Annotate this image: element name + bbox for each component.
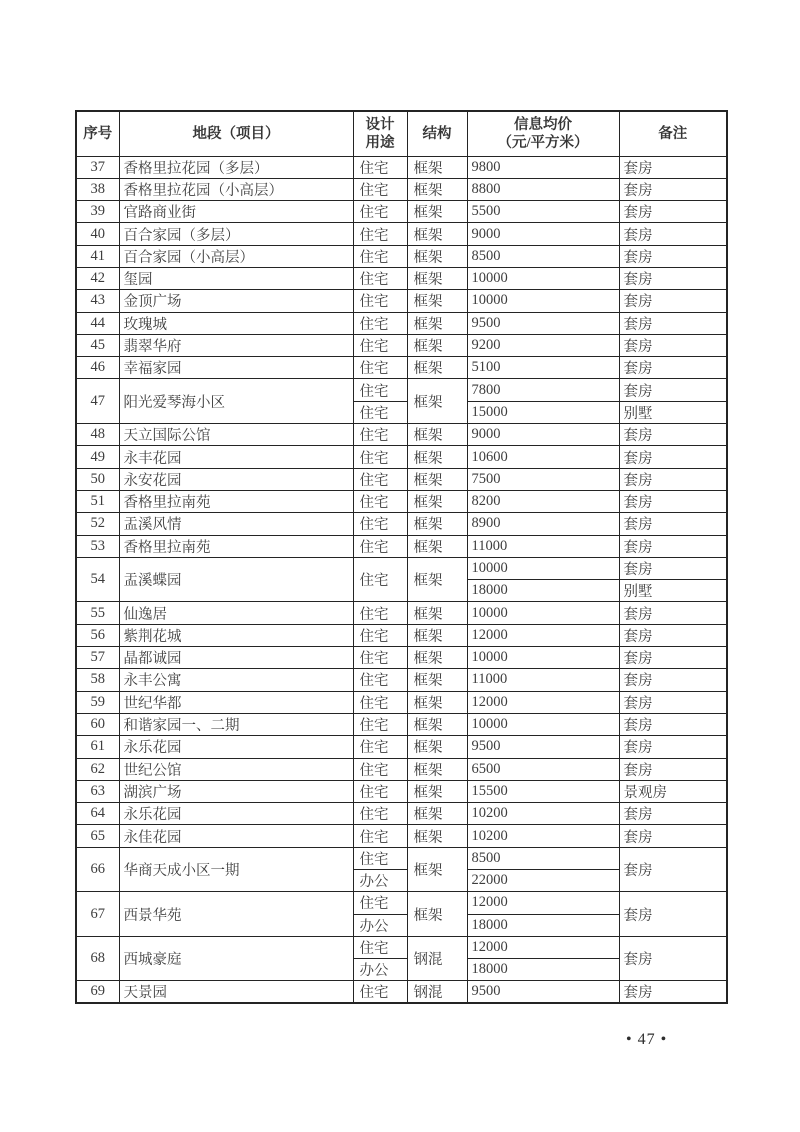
table-row: 39官路商业街住宅框架5500套房: [76, 201, 727, 223]
cell-structure: 框架: [407, 535, 467, 557]
cell-price: 18000: [467, 914, 619, 936]
cell-usage: 住宅: [353, 736, 407, 758]
cell-structure: 框架: [407, 780, 467, 802]
table-row: 58永丰公寓住宅框架11000套房: [76, 669, 727, 691]
cell-note: 套房: [619, 736, 727, 758]
header-no: 序号: [76, 111, 119, 156]
cell-no: 48: [76, 424, 119, 446]
cell-structure: 框架: [407, 647, 467, 669]
cell-price: 10000: [467, 647, 619, 669]
cell-structure: 框架: [407, 468, 467, 490]
cell-price: 9800: [467, 156, 619, 178]
cell-usage: 住宅: [353, 691, 407, 713]
table-row: 55仙逸居住宅框架10000套房: [76, 602, 727, 624]
cell-no: 60: [76, 713, 119, 735]
cell-usage: 住宅: [353, 602, 407, 624]
table-row: 47阳光爱琴海小区住宅框架7800套房: [76, 379, 727, 401]
table-row: 57晶都诚园住宅框架10000套房: [76, 647, 727, 669]
cell-project: 百合家园（多层）: [119, 223, 353, 245]
cell-structure: 框架: [407, 245, 467, 267]
table-row: 41百合家园（小高层）住宅框架8500套房: [76, 245, 727, 267]
cell-usage: 住宅: [353, 468, 407, 490]
cell-usage: 住宅: [353, 245, 407, 267]
cell-project: 天景园: [119, 981, 353, 1004]
cell-usage: 住宅: [353, 825, 407, 847]
cell-no: 54: [76, 557, 119, 602]
cell-no: 50: [76, 468, 119, 490]
cell-project: 翡翠华府: [119, 334, 353, 356]
cell-price: 6500: [467, 758, 619, 780]
cell-project: 西城豪庭: [119, 936, 353, 981]
cell-project: 金顶广场: [119, 290, 353, 312]
price-table: 序号 地段（项目） 设计 用途 结构 信息均价 （元/平方米） 备注 37香格里…: [75, 110, 728, 1004]
cell-no: 40: [76, 223, 119, 245]
table-row: 63湖滨广场住宅框架15500景观房: [76, 780, 727, 802]
cell-structure: 框架: [407, 379, 467, 424]
cell-project: 永丰公寓: [119, 669, 353, 691]
cell-structure: 框架: [407, 513, 467, 535]
cell-project: 百合家园（小高层）: [119, 245, 353, 267]
cell-no: 59: [76, 691, 119, 713]
cell-no: 55: [76, 602, 119, 624]
cell-price: 15000: [467, 401, 619, 423]
cell-usage: 住宅: [353, 312, 407, 334]
cell-project: 阳光爱琴海小区: [119, 379, 353, 424]
cell-no: 41: [76, 245, 119, 267]
cell-usage: 住宅: [353, 713, 407, 735]
cell-structure: 框架: [407, 490, 467, 512]
cell-project: 永丰花园: [119, 446, 353, 468]
table-row: 52盂溪风情住宅框架8900套房: [76, 513, 727, 535]
cell-structure: 框架: [407, 201, 467, 223]
cell-usage: 办公: [353, 870, 407, 892]
cell-structure: 框架: [407, 178, 467, 200]
cell-project: 盂溪蝶园: [119, 557, 353, 602]
cell-price: 18000: [467, 580, 619, 602]
cell-note: 套房: [619, 758, 727, 780]
cell-price: 5500: [467, 201, 619, 223]
header-project: 地段（项目）: [119, 111, 353, 156]
cell-structure: 框架: [407, 312, 467, 334]
cell-note: 别墅: [619, 401, 727, 423]
table-row: 51香格里拉南苑住宅框架8200套房: [76, 490, 727, 512]
header-note: 备注: [619, 111, 727, 156]
cell-usage: 住宅: [353, 892, 407, 914]
cell-structure: 框架: [407, 334, 467, 356]
cell-structure: 钢混: [407, 936, 467, 981]
cell-price: 8500: [467, 245, 619, 267]
cell-structure: 框架: [407, 825, 467, 847]
cell-price: 9500: [467, 736, 619, 758]
cell-no: 51: [76, 490, 119, 512]
cell-note: 套房: [619, 557, 727, 579]
cell-usage: 办公: [353, 959, 407, 981]
cell-no: 69: [76, 981, 119, 1004]
cell-no: 47: [76, 379, 119, 424]
cell-structure: 框架: [407, 713, 467, 735]
header-usage-line2: 用途: [354, 134, 407, 152]
cell-structure: 框架: [407, 602, 467, 624]
cell-usage: 住宅: [353, 334, 407, 356]
cell-price: 10000: [467, 713, 619, 735]
cell-no: 65: [76, 825, 119, 847]
header-row: 序号 地段（项目） 设计 用途 结构 信息均价 （元/平方米） 备注: [76, 111, 727, 156]
cell-no: 43: [76, 290, 119, 312]
cell-project: 世纪公馆: [119, 758, 353, 780]
cell-usage: 住宅: [353, 178, 407, 200]
cell-no: 64: [76, 803, 119, 825]
cell-project: 湖滨广场: [119, 780, 353, 802]
cell-project: 盂溪风情: [119, 513, 353, 535]
table-header: 序号 地段（项目） 设计 用途 结构 信息均价 （元/平方米） 备注: [76, 111, 727, 156]
cell-project: 官路商业街: [119, 201, 353, 223]
table-row: 44玫瑰城住宅框架9500套房: [76, 312, 727, 334]
cell-usage: 住宅: [353, 401, 407, 423]
table-row: 48天立国际公馆住宅框架9000套房: [76, 424, 727, 446]
cell-note: 套房: [619, 245, 727, 267]
table-body: 37香格里拉花园（多层）住宅框架9800套房38香格里拉花园（小高层）住宅框架8…: [76, 156, 727, 1003]
cell-note: 套房: [619, 535, 727, 557]
cell-price: 9000: [467, 424, 619, 446]
cell-price: 12000: [467, 691, 619, 713]
cell-price: 8900: [467, 513, 619, 535]
cell-no: 52: [76, 513, 119, 535]
cell-no: 57: [76, 647, 119, 669]
cell-usage: 住宅: [353, 647, 407, 669]
cell-usage: 住宅: [353, 758, 407, 780]
cell-project: 永安花园: [119, 468, 353, 490]
header-structure-label: 结构: [408, 125, 467, 143]
table-row: 43金顶广场住宅框架10000套房: [76, 290, 727, 312]
cell-project: 幸福家园: [119, 357, 353, 379]
cell-note: 套房: [619, 624, 727, 646]
cell-usage: 住宅: [353, 424, 407, 446]
cell-note: 套房: [619, 290, 727, 312]
page-number: • 47 •: [626, 1031, 667, 1049]
cell-usage: 住宅: [353, 223, 407, 245]
cell-note: 套房: [619, 691, 727, 713]
cell-price: 10000: [467, 602, 619, 624]
cell-note: 套房: [619, 513, 727, 535]
table-row: 61永乐花园住宅框架9500套房: [76, 736, 727, 758]
cell-note: 套房: [619, 713, 727, 735]
cell-note: 套房: [619, 424, 727, 446]
header-no-label: 序号: [77, 125, 119, 143]
cell-usage: 住宅: [353, 535, 407, 557]
cell-project: 紫荆花城: [119, 624, 353, 646]
table-row: 65永佳花园住宅框架10200套房: [76, 825, 727, 847]
cell-price: 10200: [467, 825, 619, 847]
table-row: 64永乐花园住宅框架10200套房: [76, 803, 727, 825]
cell-no: 49: [76, 446, 119, 468]
cell-price: 15500: [467, 780, 619, 802]
cell-price: 8200: [467, 490, 619, 512]
table-row: 67西景华苑住宅框架12000套房: [76, 892, 727, 914]
cell-project: 永佳花园: [119, 825, 353, 847]
cell-project: 仙逸居: [119, 602, 353, 624]
cell-price: 8500: [467, 847, 619, 869]
table-row: 42玺园住宅框架10000套房: [76, 267, 727, 289]
cell-usage: 住宅: [353, 446, 407, 468]
cell-note: 套房: [619, 803, 727, 825]
header-price-line2: （元/平方米）: [468, 134, 619, 152]
cell-structure: 框架: [407, 669, 467, 691]
cell-usage: 住宅: [353, 267, 407, 289]
cell-structure: 框架: [407, 424, 467, 446]
cell-project: 玫瑰城: [119, 312, 353, 334]
cell-project: 香格里拉花园（小高层）: [119, 178, 353, 200]
cell-note: 套房: [619, 178, 727, 200]
cell-structure: 框架: [407, 267, 467, 289]
cell-note: 套房: [619, 468, 727, 490]
cell-note: 套房: [619, 602, 727, 624]
cell-usage: 住宅: [353, 780, 407, 802]
cell-note: 套房: [619, 357, 727, 379]
cell-project: 西景华苑: [119, 892, 353, 937]
table-row: 45翡翠华府住宅框架9200套房: [76, 334, 727, 356]
cell-no: 62: [76, 758, 119, 780]
cell-usage: 住宅: [353, 156, 407, 178]
cell-price: 9500: [467, 981, 619, 1004]
cell-no: 67: [76, 892, 119, 937]
table-row: 53香格里拉南苑住宅框架11000套房: [76, 535, 727, 557]
header-structure: 结构: [407, 111, 467, 156]
cell-price: 7800: [467, 379, 619, 401]
cell-structure: 框架: [407, 446, 467, 468]
cell-price: 12000: [467, 624, 619, 646]
table-row: 68西城豪庭住宅钢混12000套房: [76, 936, 727, 958]
cell-usage: 住宅: [353, 379, 407, 401]
cell-no: 66: [76, 847, 119, 892]
cell-usage: 住宅: [353, 490, 407, 512]
table-row: 49永丰花园住宅框架10600套房: [76, 446, 727, 468]
cell-usage: 住宅: [353, 803, 407, 825]
cell-price: 10000: [467, 557, 619, 579]
cell-note: 套房: [619, 647, 727, 669]
cell-project: 晶都诚园: [119, 647, 353, 669]
table-row: 59世纪华都住宅框架12000套房: [76, 691, 727, 713]
header-price: 信息均价 （元/平方米）: [467, 111, 619, 156]
cell-note: 套房: [619, 379, 727, 401]
cell-usage: 办公: [353, 914, 407, 936]
cell-usage: 住宅: [353, 669, 407, 691]
cell-project: 永乐花园: [119, 803, 353, 825]
cell-usage: 住宅: [353, 201, 407, 223]
cell-project: 世纪华都: [119, 691, 353, 713]
cell-structure: 框架: [407, 557, 467, 602]
cell-no: 56: [76, 624, 119, 646]
table-row: 56紫荆花城住宅框架12000套房: [76, 624, 727, 646]
cell-price: 18000: [467, 959, 619, 981]
cell-project: 玺园: [119, 267, 353, 289]
cell-note: 套房: [619, 267, 727, 289]
cell-structure: 框架: [407, 624, 467, 646]
cell-price: 10600: [467, 446, 619, 468]
cell-note: 套房: [619, 825, 727, 847]
cell-price: 12000: [467, 936, 619, 958]
cell-price: 10200: [467, 803, 619, 825]
cell-price: 8800: [467, 178, 619, 200]
cell-price: 9000: [467, 223, 619, 245]
cell-structure: 框架: [407, 847, 467, 892]
header-usage: 设计 用途: [353, 111, 407, 156]
header-note-label: 备注: [620, 125, 727, 143]
cell-project: 香格里拉南苑: [119, 535, 353, 557]
table-row: 62世纪公馆住宅框架6500套房: [76, 758, 727, 780]
cell-structure: 框架: [407, 290, 467, 312]
cell-price: 9200: [467, 334, 619, 356]
cell-project: 和谐家园一、二期: [119, 713, 353, 735]
cell-note: 套房: [619, 223, 727, 245]
cell-structure: 框架: [407, 892, 467, 937]
document-page: 序号 地段（项目） 设计 用途 结构 信息均价 （元/平方米） 备注 37香格里…: [0, 0, 800, 1132]
cell-no: 63: [76, 780, 119, 802]
cell-note: 套房: [619, 156, 727, 178]
cell-no: 42: [76, 267, 119, 289]
cell-note: 套房: [619, 892, 727, 937]
cell-note: 套房: [619, 981, 727, 1004]
cell-price: 5100: [467, 357, 619, 379]
cell-no: 37: [76, 156, 119, 178]
cell-usage: 住宅: [353, 290, 407, 312]
cell-no: 45: [76, 334, 119, 356]
cell-note: 套房: [619, 446, 727, 468]
table-row: 38香格里拉花园（小高层）住宅框架8800套房: [76, 178, 727, 200]
cell-note: 别墅: [619, 580, 727, 602]
cell-price: 11000: [467, 669, 619, 691]
cell-usage: 住宅: [353, 624, 407, 646]
cell-no: 61: [76, 736, 119, 758]
cell-note: 套房: [619, 334, 727, 356]
table-row: 40百合家园（多层）住宅框架9000套房: [76, 223, 727, 245]
cell-note: 套房: [619, 312, 727, 334]
cell-no: 58: [76, 669, 119, 691]
table-row: 50永安花园住宅框架7500套房: [76, 468, 727, 490]
cell-note: 套房: [619, 936, 727, 981]
cell-price: 10000: [467, 267, 619, 289]
cell-note: 套房: [619, 847, 727, 892]
cell-structure: 框架: [407, 357, 467, 379]
header-usage-line1: 设计: [354, 116, 407, 134]
cell-price: 10000: [467, 290, 619, 312]
table-row: 37香格里拉花园（多层）住宅框架9800套房: [76, 156, 727, 178]
cell-structure: 框架: [407, 223, 467, 245]
cell-usage: 住宅: [353, 513, 407, 535]
table-row: 46幸福家园住宅框架5100套房: [76, 357, 727, 379]
cell-structure: 钢混: [407, 981, 467, 1004]
cell-project: 华商天成小区一期: [119, 847, 353, 892]
cell-no: 46: [76, 357, 119, 379]
cell-price: 9500: [467, 312, 619, 334]
cell-note: 景观房: [619, 780, 727, 802]
table-row: 69天景园住宅钢混9500套房: [76, 981, 727, 1004]
cell-usage: 住宅: [353, 981, 407, 1004]
cell-price: 22000: [467, 870, 619, 892]
cell-project: 香格里拉花园（多层）: [119, 156, 353, 178]
cell-project: 天立国际公馆: [119, 424, 353, 446]
cell-no: 38: [76, 178, 119, 200]
cell-structure: 框架: [407, 156, 467, 178]
header-project-label: 地段（项目）: [120, 125, 353, 143]
cell-note: 套房: [619, 490, 727, 512]
cell-structure: 框架: [407, 736, 467, 758]
cell-structure: 框架: [407, 803, 467, 825]
cell-price: 12000: [467, 892, 619, 914]
cell-note: 套房: [619, 201, 727, 223]
cell-no: 53: [76, 535, 119, 557]
cell-structure: 框架: [407, 758, 467, 780]
table-row: 66华商天成小区一期住宅框架8500套房: [76, 847, 727, 869]
cell-usage: 住宅: [353, 847, 407, 869]
cell-price: 11000: [467, 535, 619, 557]
cell-price: 7500: [467, 468, 619, 490]
header-price-line1: 信息均价: [468, 116, 619, 134]
cell-project: 永乐花园: [119, 736, 353, 758]
cell-no: 39: [76, 201, 119, 223]
cell-structure: 框架: [407, 691, 467, 713]
cell-usage: 住宅: [353, 936, 407, 958]
cell-project: 香格里拉南苑: [119, 490, 353, 512]
cell-note: 套房: [619, 669, 727, 691]
cell-usage: 住宅: [353, 557, 407, 602]
cell-no: 44: [76, 312, 119, 334]
table-row: 60和谐家园一、二期住宅框架10000套房: [76, 713, 727, 735]
cell-no: 68: [76, 936, 119, 981]
cell-usage: 住宅: [353, 357, 407, 379]
table-row: 54盂溪蝶园住宅框架10000套房: [76, 557, 727, 579]
